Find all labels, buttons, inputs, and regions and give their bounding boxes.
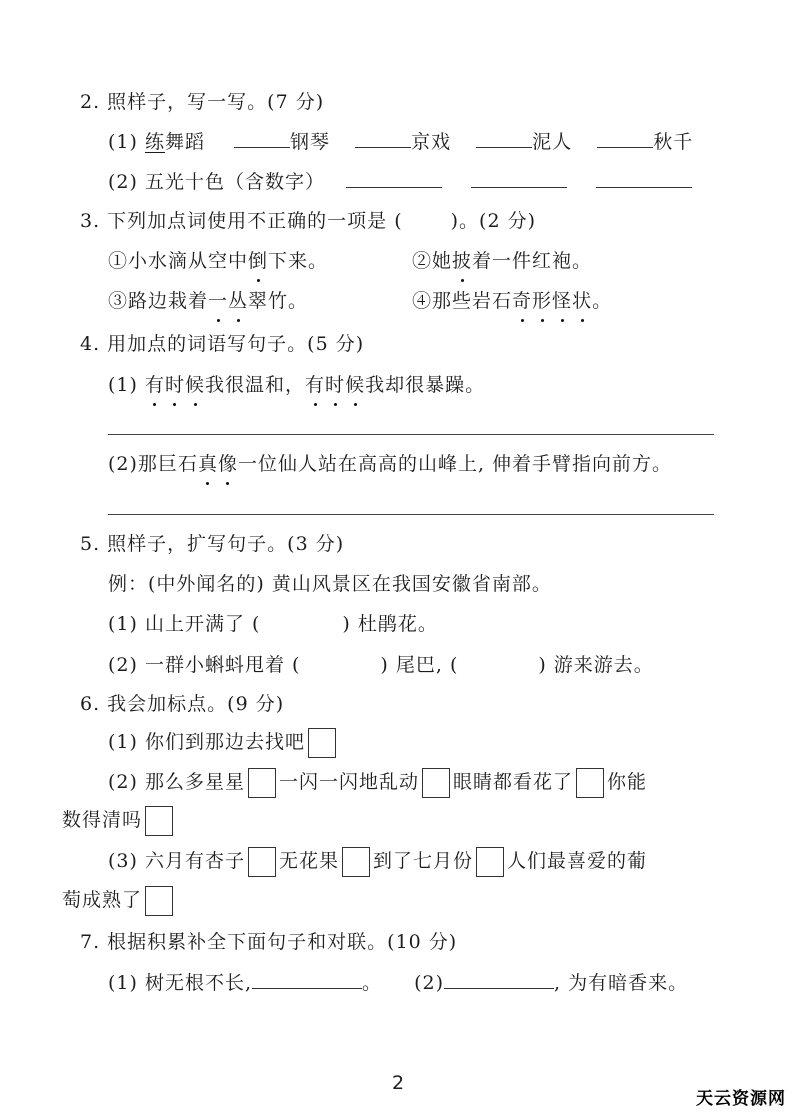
q2-blank-1[interactable]: [234, 127, 290, 148]
q6-item3-seg1: (3) 六月有杏子: [108, 850, 245, 872]
q4-item1-mid1: 我很温和，: [205, 374, 305, 396]
q4-answer-line-2[interactable]: [108, 514, 714, 515]
q3-opt4-pre: ④那些岩石: [412, 290, 512, 312]
q2-word-2: 京戏: [411, 131, 451, 153]
q2-blank-2[interactable]: [355, 127, 411, 148]
q3-opt2-dotted: 披: [452, 247, 472, 275]
dotted-char: 一: [208, 287, 228, 315]
q2-title: 2. 照样子，写一写。(7 分): [80, 88, 324, 116]
q2-item2-blank-2[interactable]: [471, 167, 567, 188]
q4-dotted-2: 有时候: [305, 374, 365, 396]
q6-item3-line2-text: 萄成熟了: [62, 889, 142, 911]
q6-item2-seg4: 你能: [607, 771, 647, 793]
q7-item2-pre: (2): [414, 972, 444, 994]
q3-option-2: ②她披着一件红袍。: [412, 247, 592, 275]
q2-word-3: 泥人: [532, 131, 572, 153]
q3-opt2-pre: ②她: [412, 250, 452, 272]
punct-box[interactable]: [342, 847, 370, 877]
q3-title-before: 3. 下列加点词使用不正确的一项是 (: [80, 210, 403, 232]
q2-item2: (2) 五光十色（含数字）: [108, 167, 692, 196]
q4-item2-dotted: 真像: [198, 453, 238, 475]
q3-option-1: ①小水滴从空中倒下来。: [108, 247, 328, 275]
q4-title: 4. 用加点的词语写句子。(5 分): [80, 330, 364, 358]
q4-item2-label: (2): [108, 453, 138, 475]
q7-item1-pre: (1) 树无根不长,: [108, 972, 252, 994]
q3-option-3: ③路边栽着一丛翠竹。: [108, 287, 308, 315]
q6-item3: (3) 六月有杏子无花果到了七月份人们最喜爱的葡: [108, 847, 647, 877]
q3-opt3-post: 翠竹。: [248, 290, 308, 312]
q7-title: 7. 根据积累补全下面句子和对联。(10 分): [80, 928, 457, 956]
q4-item2: (2)那巨石真像一位仙人站在高高的山峰上, 伸着手臂指向前方。: [108, 450, 672, 478]
q3-title-after: )。(2 分): [451, 210, 536, 232]
q3-opt1-post: 下来。: [268, 250, 328, 272]
q4-dotted-1: 有时候: [145, 374, 205, 396]
q2-item2-label: (2): [108, 171, 138, 193]
q7-item1-blank[interactable]: [252, 968, 362, 989]
page-number: 2: [392, 1072, 404, 1094]
q3-opt4-post: 。: [592, 290, 612, 312]
q3-opt1-dotted: 倒: [248, 247, 268, 275]
q7-item1-post: 。: [362, 972, 382, 994]
q4-item1-mid2: 我却很暴躁。: [365, 374, 485, 396]
punct-box[interactable]: [248, 768, 276, 798]
punct-box[interactable]: [248, 847, 276, 877]
q5-item2-mid: ) 尾巴, (: [380, 654, 458, 676]
q4-item2-post: 一位仙人站在高高的山峰上, 伸着手臂指向前方。: [238, 453, 672, 475]
q6-item3-seg3: 到了七月份: [373, 850, 473, 872]
q6-item1-text: (1) 你们到那边去找吧: [108, 731, 305, 753]
punct-box[interactable]: [145, 806, 173, 836]
q2-item1-label: (1): [108, 131, 138, 153]
q5-item2-pre: (2) 一群小蝌蚪甩着 (: [108, 654, 300, 676]
q2-word-1: 钢琴: [290, 131, 330, 153]
q5-item2: (2) 一群小蝌蚪甩着 () 尾巴, () 游来游去。: [108, 651, 654, 679]
punct-box[interactable]: [576, 768, 604, 798]
punct-box[interactable]: [476, 847, 504, 877]
q2-word-4: 秋千: [653, 131, 693, 153]
q3-opt1-pre: ①小水滴从空中: [108, 250, 248, 272]
q7-item2-post: , 为有暗香来。: [554, 972, 688, 994]
q3-option-4: ④那些岩石奇形怪状。: [412, 287, 612, 315]
q5-item1: (1) 山上开满了 () 杜鹃花。: [108, 610, 438, 638]
q2-item2-text: 五光十色（含数字）: [145, 171, 325, 193]
punct-box[interactable]: [422, 768, 450, 798]
dotted-char: 怪: [552, 287, 572, 315]
q6-item2-seg1: (2) 那么多星星: [108, 771, 245, 793]
q6-item3-line2: 萄成熟了: [62, 886, 176, 916]
q5-item1-post: ) 杜鹃花。: [342, 613, 437, 635]
punct-box[interactable]: [145, 886, 173, 916]
q6-title: 6. 我会加标点。(9 分): [80, 690, 284, 718]
dotted-char: 形: [532, 287, 552, 315]
q6-item2-seg3: 眼睛都看花了: [453, 771, 573, 793]
q3-opt3-pre: ③路边栽着: [108, 290, 208, 312]
q4-item1: (1) 有时候我很温和，有时候我却很暴躁。: [108, 371, 485, 399]
q2-item1: (1) 练舞蹈 钢琴 京戏 泥人 秋千: [108, 127, 693, 156]
q7-items: (1) 树无根不长,。 (2), 为有暗香来。: [108, 968, 688, 997]
q6-item3-seg4: 人们最喜爱的葡: [507, 850, 647, 872]
q3-opt2-post: 着一件红袍。: [472, 250, 592, 272]
q4-item2-pre: 那巨石: [138, 453, 198, 475]
dotted-char: 丛: [228, 287, 248, 315]
dotted-char: 状: [572, 287, 592, 315]
q2-item2-blank-1[interactable]: [346, 167, 442, 188]
q2-item2-blank-3[interactable]: [596, 167, 692, 188]
q2-blank-4[interactable]: [597, 127, 653, 148]
q3-opt4-dotted: 奇形怪状: [512, 290, 592, 312]
q4-answer-line-1[interactable]: [108, 434, 714, 435]
q2-blank-3[interactable]: [476, 127, 532, 148]
q5-title: 5. 照样子，扩写句子。(3 分): [80, 530, 344, 558]
q3-opt3-dotted: 一丛: [208, 290, 248, 312]
q5-item2-post: ) 游来游去。: [538, 654, 653, 676]
q4-item1-label: (1): [108, 374, 138, 396]
q2-example-underlined-char: 练: [145, 131, 165, 153]
q6-item2-seg2: 一闪一闪地乱动: [279, 771, 419, 793]
q6-item1: (1) 你们到那边去找吧: [108, 728, 339, 758]
q6-item3-seg2: 无花果: [279, 850, 339, 872]
q6-item2-line2-text: 数得清吗: [62, 809, 142, 831]
q6-item2-line2: 数得清吗: [62, 806, 176, 836]
q6-item2: (2) 那么多星星一闪一闪地乱动眼睛都看花了你能: [108, 768, 647, 798]
q2-example-rest: 舞蹈: [165, 131, 205, 153]
q5-item1-pre: (1) 山上开满了 (: [108, 613, 260, 635]
q5-example: 例：(中外闻名的) 黄山风景区在我国安徽省南部。: [108, 570, 552, 598]
watermark: 天云资源网: [696, 1084, 786, 1109]
q7-item2-blank[interactable]: [444, 968, 554, 989]
q3-title: 3. 下列加点词使用不正确的一项是 ()。(2 分): [80, 207, 536, 235]
punct-box[interactable]: [308, 728, 336, 758]
dotted-char: 奇: [512, 287, 532, 315]
